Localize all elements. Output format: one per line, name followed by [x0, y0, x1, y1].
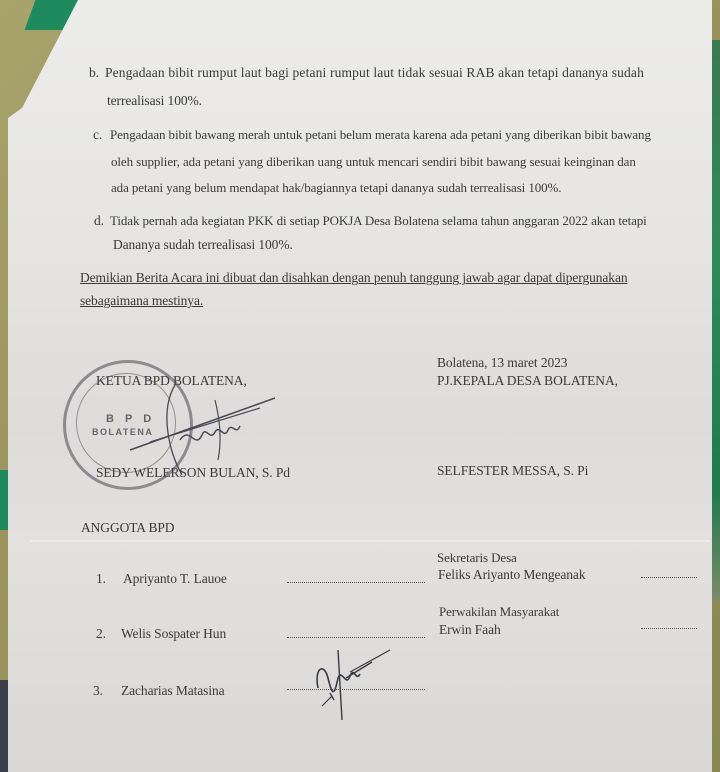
member-3-number: 3.	[93, 684, 103, 698]
member-1-signature-line	[287, 582, 425, 583]
member-3-name: Zacharias Matasina	[121, 684, 225, 698]
item-c-line-1: Pengadaan bibit bawang merah untuk petan…	[110, 128, 651, 141]
member-2-signature-line	[287, 637, 425, 638]
members-heading: ANGGOTA BPD	[81, 521, 174, 535]
member-2-name: Welis Sospater Hun	[121, 627, 226, 641]
member-3-signature	[310, 648, 400, 728]
other-2-role: Perwakilan Masyarakat	[439, 605, 559, 618]
paper-fold	[30, 540, 710, 542]
item-b-line-2: terrealisasi 100%.	[107, 94, 202, 108]
item-d-line-2: Dananya sudah terrealisasi 100%.	[113, 238, 293, 252]
other-1-name: Feliks Ariyanto Mengeanak	[438, 568, 585, 582]
other-2-signature-line	[641, 628, 697, 629]
member-1-name: Apriyanto T. Lauoe	[123, 572, 227, 586]
other-1-role: Sekretaris Desa	[437, 551, 517, 564]
place-date: Bolatena, 13 maret 2023	[437, 356, 567, 370]
ketua-signature	[120, 380, 280, 480]
item-c-line-2: oleh supplier, ada petani yang diberikan…	[111, 155, 636, 168]
closing-line-1: Demikian Berita Acara ini dibuat dan dis…	[80, 271, 628, 285]
closing-line-2: sebagaimana mestinya.	[80, 294, 203, 308]
item-c-line-3: ada petani yang belum mendapat hak/bagia…	[111, 181, 561, 194]
right-signatory-title: PJ.KEPALA DESA BOLATENA,	[437, 374, 618, 388]
item-b-marker: b.	[89, 66, 99, 80]
member-1-number: 1.	[96, 572, 106, 586]
item-d-line-1: Tidak pernah ada kegiatan PKK di setiap …	[110, 214, 647, 227]
item-b-line-1: Pengadaan bibit rumput laut bagi petani …	[105, 66, 644, 80]
other-1-signature-line	[641, 577, 697, 578]
item-d-marker: d.	[94, 214, 104, 228]
item-c-marker: c.	[93, 128, 102, 142]
other-2-name: Erwin Faah	[439, 623, 501, 637]
right-signatory-name: SELFESTER MESSA, S. Pi	[437, 464, 588, 478]
member-2-number: 2.	[96, 627, 106, 641]
